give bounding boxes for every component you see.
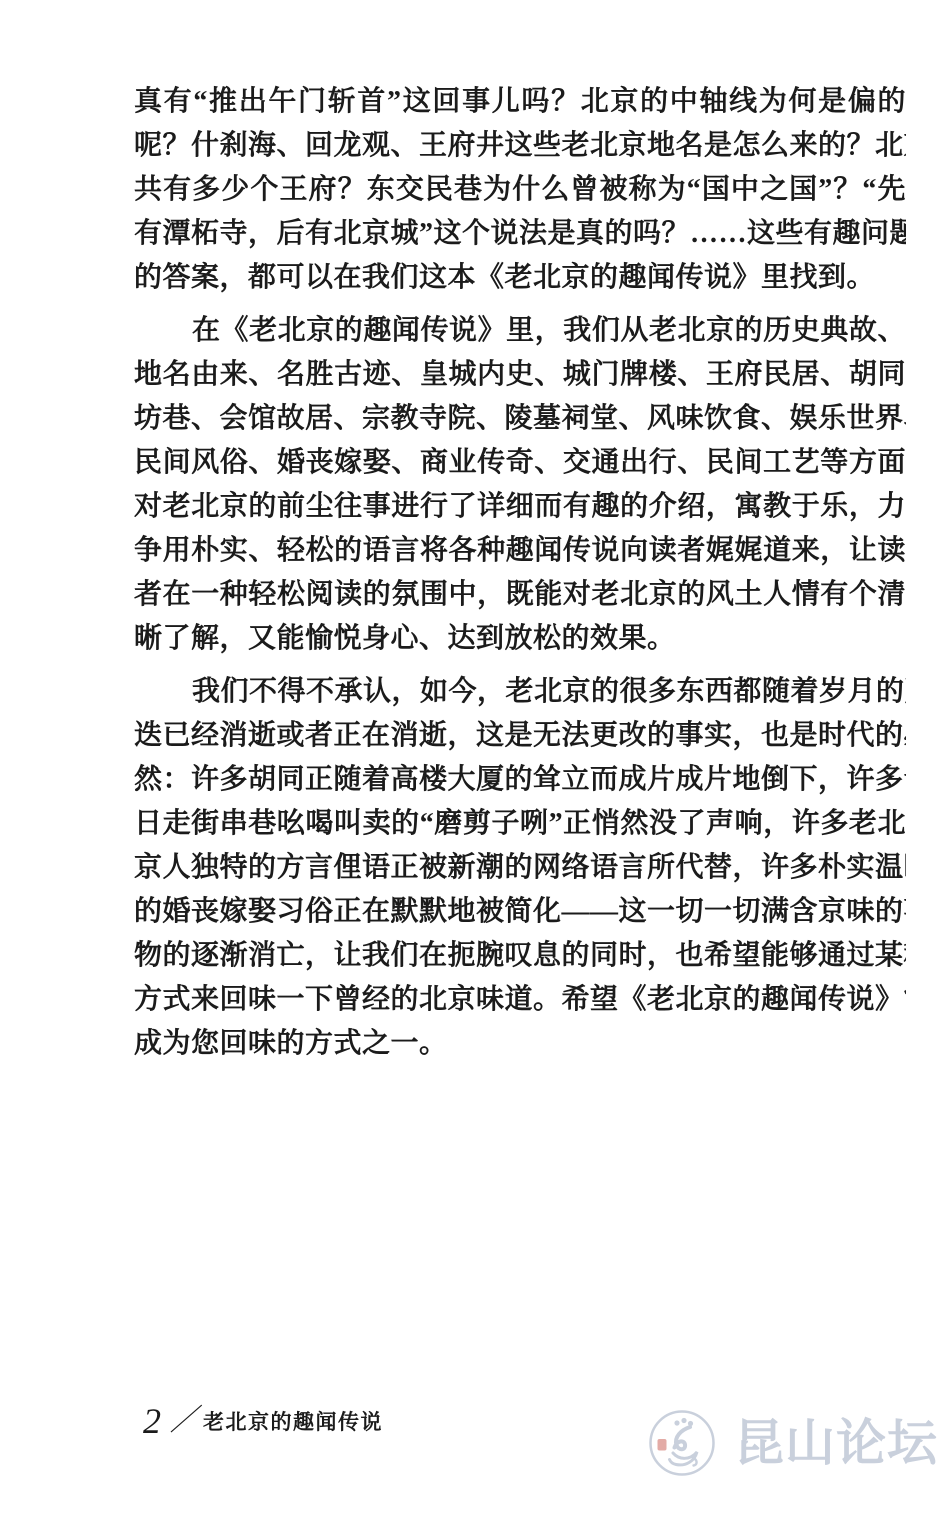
text-line: 民间风俗、婚丧嫁娶、商业传奇、交通出行、民间工艺等方面: [134, 441, 906, 485]
text-line: 方式来回味一下曾经的北京味道。希望《老北京的趣闻传说》能: [134, 978, 906, 1022]
footer-book-title: 老北京的趣闻传说: [203, 1410, 383, 1433]
text-line: 有潭柘寺，后有北京城”这个说法是真的吗？……这些有趣问题: [134, 212, 906, 256]
body-text: 真有“推出午门斩首”这回事儿吗？北京的中轴线为何是偏的呢？什刹海、回龙观、王府井…: [134, 80, 906, 1066]
paragraph: 我们不得不承认，如今，老北京的很多东西都随着岁月的更迭已经消逝或者正在消逝，这是…: [134, 670, 906, 1066]
text-line: 对老北京的前尘往事进行了详细而有趣的介绍，寓教于乐，力: [134, 485, 906, 529]
text-line: 然：许多胡同正随着高楼大厦的耸立而成片成片地倒下，许多昔: [134, 758, 906, 802]
text-line: 地名由来、名胜古迹、皇城内史、城门牌楼、王府民居、胡同: [134, 353, 906, 397]
book-page-scan: 真有“推出午门斩首”这回事儿吗？北京的中轴线为何是偏的呢？什刹海、回龙观、王府井…: [0, 0, 950, 1515]
text-line: 争用朴实、轻松的语言将各种趣闻传说向读者娓娓道来，让读: [134, 529, 906, 573]
watermark: 昆山论坛: [648, 1406, 938, 1480]
text-line: 成为您回味的方式之一。: [134, 1022, 906, 1066]
text-line: 的婚丧嫁娶习俗正在默默地被简化——这一切一切满含京味的事: [134, 890, 906, 934]
paragraph: 真有“推出午门斩首”这回事儿吗？北京的中轴线为何是偏的呢？什刹海、回龙观、王府井…: [134, 80, 906, 300]
text-line: 京人独特的方言俚语正被新潮的网络语言所代替，许多朴实温暖: [134, 846, 906, 890]
paragraph: 在《老北京的趣闻传说》里，我们从老北京的历史典故、地名由来、名胜古迹、皇城内史、…: [134, 309, 906, 661]
text-line: 呢？什刹海、回龙观、王府井这些老北京地名是怎么来的？北京: [134, 124, 906, 168]
text-line: 者在一种轻松阅读的氛围中，既能对老北京的风土人情有个清: [134, 573, 906, 617]
footer-separator: ／: [169, 1406, 203, 1436]
page-footer: 2 ／ 老北京的趣闻传说: [143, 1398, 383, 1444]
kunshan-forum-logo-icon: [648, 1409, 716, 1477]
text-line: 真有“推出午门斩首”这回事儿吗？北京的中轴线为何是偏的: [134, 80, 906, 124]
text-line: 日走街串巷吆喝叫卖的“磨剪子咧”正悄然没了声响，许多老北: [134, 802, 906, 846]
watermark-text: 昆山论坛: [734, 1418, 938, 1468]
text-line: 晰了解，又能愉悦身心、达到放松的效果。: [134, 617, 906, 661]
text-line: 迭已经消逝或者正在消逝，这是无法更改的事实，也是时代的必: [134, 714, 906, 758]
text-line: 的答案，都可以在我们这本《老北京的趣闻传说》里找到。: [134, 256, 906, 300]
text-line: 在《老北京的趣闻传说》里，我们从老北京的历史典故、: [134, 309, 906, 353]
page-number: 2: [143, 1403, 161, 1439]
text-line: 我们不得不承认，如今，老北京的很多东西都随着岁月的更: [134, 670, 906, 714]
text-line: 共有多少个王府？东交民巷为什么曾被称为“国中之国”？“先: [134, 168, 906, 212]
text-line: 坊巷、会馆故居、宗教寺院、陵墓祠堂、风味饮食、娱乐世界、: [134, 397, 906, 441]
text-line: 物的逐渐消亡，让我们在扼腕叹息的同时，也希望能够通过某种: [134, 934, 906, 978]
